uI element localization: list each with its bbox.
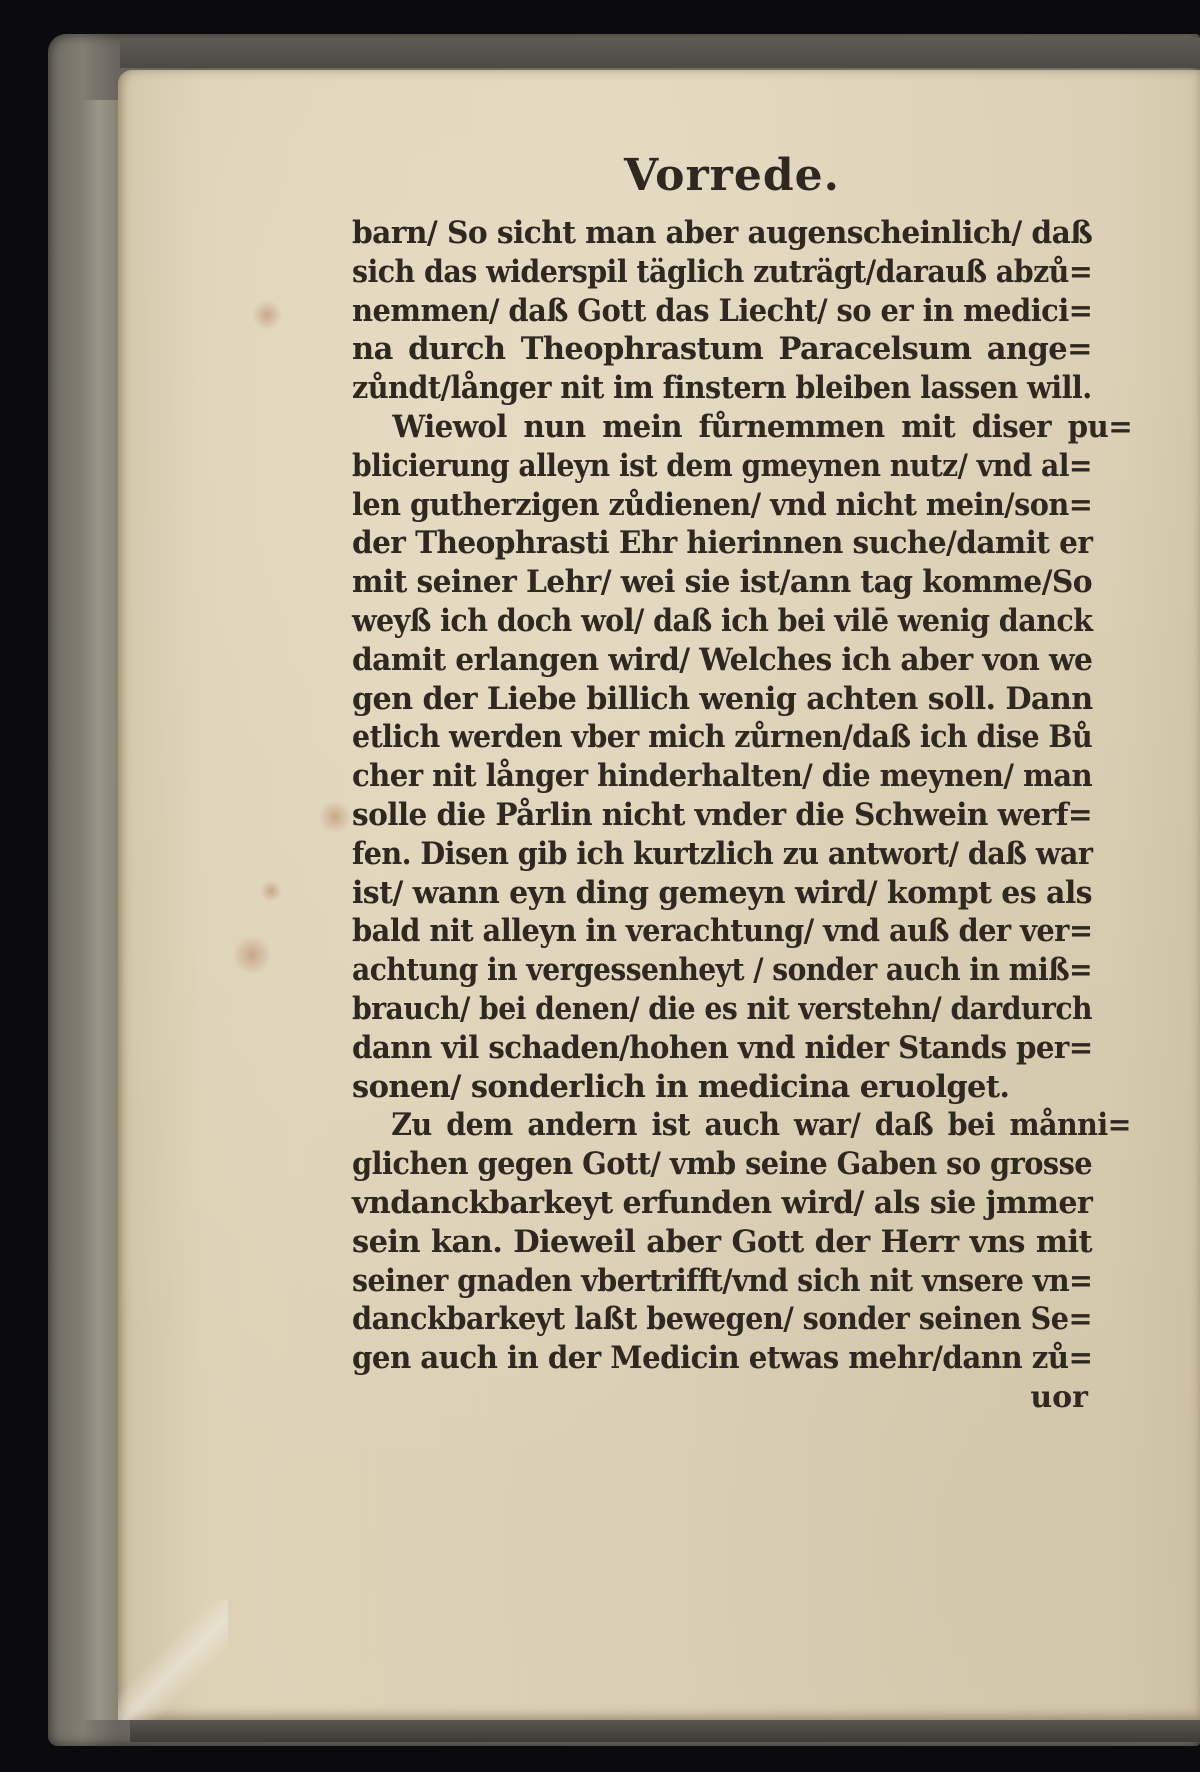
text-line: barn/ So sicht man aber augenscheinlich/… <box>352 214 1092 253</box>
text-line: achtung in vergessenheyt / sonder auch i… <box>352 951 1092 990</box>
text-line: fen. Disen gib ich kurtzlich zu antwort/… <box>352 835 1092 874</box>
catchword: uor <box>352 1378 1092 1418</box>
text-line: sich das widerspil täglich zuträgt/darau… <box>352 253 1092 292</box>
text-line: Wiewol nun mein fůrnemmen mit diser pu= <box>352 408 1132 447</box>
text-line: dann vil schaden/hohen vnd nider Stands … <box>352 1029 1092 1068</box>
page-text-block: Vorrede. barn/ So sicht man aber augensc… <box>352 148 1092 1418</box>
text-line: len gutherzigen zůdienen/ vnd nicht mein… <box>352 486 1092 525</box>
text-line: blicierung alleyn ist dem gmeynen nutz/ … <box>352 447 1092 486</box>
text-line: bald nit alleyn in verachtung/ vnd auß d… <box>352 912 1092 951</box>
text-line: gen auch in der Medicin etwas mehr/dann … <box>352 1339 1092 1378</box>
text-line: sein kan. Dieweil aber Gott der Herr vns… <box>352 1223 1092 1262</box>
text-line: cher nit långer hinderhalten/ die meynen… <box>352 757 1092 796</box>
text-line: brauch/ bei denen/ die es nit verstehn/ … <box>352 990 1092 1029</box>
paper-stain <box>232 935 272 975</box>
page-heading: Vorrede. <box>352 148 1092 204</box>
text-line: der Theophrasti Ehr hierinnen suche/dami… <box>352 524 1092 563</box>
text-line: na durch Theophrastum Paracelsum ange= <box>352 330 1092 369</box>
binding-top-edge <box>120 38 1200 68</box>
paper-stain <box>260 880 282 902</box>
text-line: glichen gegen Gott/ vmb seine Gaben so g… <box>352 1145 1092 1184</box>
text-line: vndanckbarkeyt erfunden wird/ als sie jm… <box>352 1184 1092 1223</box>
paper-stain <box>318 800 352 834</box>
binding-spine-edge <box>78 100 120 1720</box>
text-line: damit erlangen wird/ Welches ich aber vo… <box>352 641 1092 680</box>
text-line: ist/ wann eyn ding gemeyn wird/ kompt es… <box>352 874 1092 913</box>
text-line: danckbarkeyt laßt bewegen/ sonder seinen… <box>352 1300 1092 1339</box>
paper-stain <box>252 300 282 330</box>
text-line: Zu dem andern ist auch war/ daß bei månn… <box>352 1106 1131 1145</box>
text-line: solle die Pårlin nicht vnder die Schwein… <box>352 796 1092 835</box>
text-line: gen der Liebe billich wenig achten soll.… <box>352 680 1092 719</box>
text-line: nemmen/ daß Gott das Liecht/ so er in me… <box>352 292 1092 331</box>
text-line: mit seiner Lehr/ wei sie ist/ann tag kom… <box>352 563 1092 602</box>
text-lines: barn/ So sicht man aber augenscheinlich/… <box>352 214 1092 1378</box>
text-line: zůndt/långer nit im finstern bleiben las… <box>352 369 1092 408</box>
binding-bottom-edge <box>130 1720 1200 1742</box>
text-line: seiner gnaden vbertrifft/vnd sich nit vn… <box>352 1262 1092 1301</box>
text-line: weyß ich doch wol/ daß ich bei vilē weni… <box>352 602 1092 641</box>
text-line: etlich werden vber mich zůrnen/daß ich d… <box>352 718 1092 757</box>
text-line: sonen/ sonderlich in medicina eruolget. <box>352 1068 1092 1107</box>
page-corner-fold <box>118 1600 228 1720</box>
